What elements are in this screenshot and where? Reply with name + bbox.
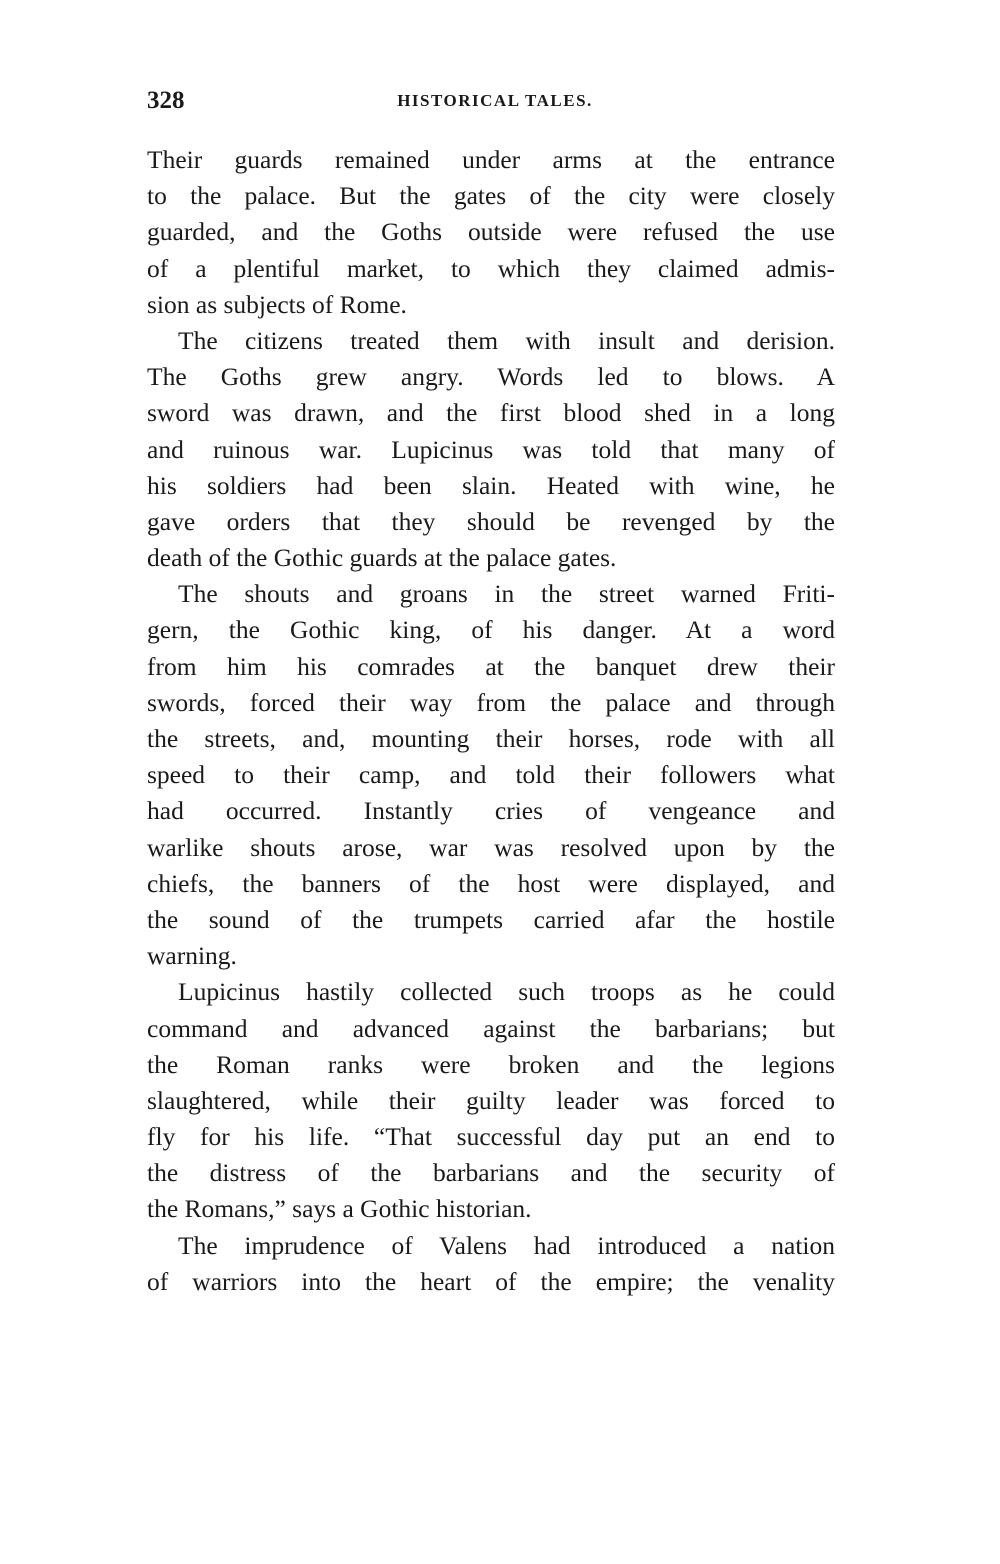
text-line: guarded, and the Goths outside were refu… (147, 214, 835, 250)
text-line: The imprudence of Valens had introduced … (147, 1228, 835, 1264)
body-text: Their guards remained under arms at the … (147, 142, 835, 1300)
text-line: Their guards remained under arms at the … (147, 142, 835, 178)
text-line: death of the Gothic guards at the palace… (147, 540, 835, 576)
paragraph: The shouts and groans in the street warn… (147, 576, 835, 974)
text-line: swords, forced their way from the palace… (147, 685, 835, 721)
text-line: Lupicinus hastily collected such troops … (147, 974, 835, 1010)
text-line: of warriors into the heart of the empire… (147, 1264, 835, 1300)
text-line: gern, the Gothic king, of his danger. At… (147, 612, 835, 648)
text-line: sion as subjects of Rome. (147, 287, 835, 323)
running-title: HISTORICAL TALES. (147, 84, 833, 118)
text-line: to the palace. But the gates of the city… (147, 178, 835, 214)
paragraph: Their guards remained under arms at the … (147, 142, 835, 323)
text-line: warlike shouts arose, war was resolved u… (147, 830, 835, 866)
text-line: from him his comrades at the banquet dre… (147, 649, 835, 685)
text-line: gave orders that they should be revenged… (147, 504, 835, 540)
text-line: his soldiers had been slain. Heated with… (147, 468, 835, 504)
text-line: command and advanced against the barbari… (147, 1011, 835, 1047)
text-line: fly for his life. “That successful day p… (147, 1119, 835, 1155)
text-line: the distress of the barbarians and the s… (147, 1155, 835, 1191)
text-line: the Romans,” says a Gothic historian. (147, 1191, 835, 1227)
text-line: The citizens treated them with insult an… (147, 323, 835, 359)
text-line: had occurred. Instantly cries of vengean… (147, 793, 835, 829)
text-line: warning. (147, 938, 835, 974)
page-header: 328 HISTORICAL TALES. (147, 84, 833, 118)
paragraph: The imprudence of Valens had introduced … (147, 1228, 835, 1300)
text-line: The Goths grew angry. Words led to blows… (147, 359, 835, 395)
text-line: chiefs, the banners of the host were dis… (147, 866, 835, 902)
paragraph: Lupicinus hastily collected such troops … (147, 974, 835, 1227)
text-line: the streets, and, mounting their horses,… (147, 721, 835, 757)
paragraph: The citizens treated them with insult an… (147, 323, 835, 576)
text-line: sword was drawn, and the first blood she… (147, 395, 835, 431)
text-line: The shouts and groans in the street warn… (147, 576, 835, 612)
text-line: the sound of the trumpets carried afar t… (147, 902, 835, 938)
text-line: the Roman ranks were broken and the legi… (147, 1047, 835, 1083)
text-line: and ruinous war. Lupicinus was told that… (147, 432, 835, 468)
text-line: of a plentiful market, to which they cla… (147, 251, 835, 287)
text-line: slaughtered, while their guilty leader w… (147, 1083, 835, 1119)
text-line: speed to their camp, and told their foll… (147, 757, 835, 793)
